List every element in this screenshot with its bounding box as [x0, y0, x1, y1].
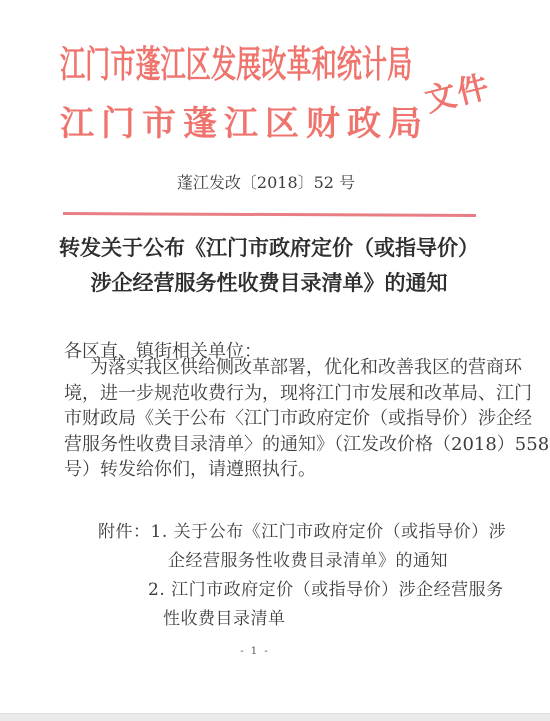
body-paragraph: 为落实我区供给侧改革部署，优化和改善我区的营商环 境，进一步规范收费行为，现将江…: [64, 355, 508, 483]
scan-bottom-edge: [0, 713, 550, 721]
paragraph-line: 境，进一步规范收费行为，现将江门市发展和改革局、江门: [64, 381, 508, 407]
paragraph-line: 为落实我区供给侧改革部署，优化和改善我区的营商环: [64, 355, 508, 381]
page-number: - 1 -: [0, 646, 530, 657]
header-divider-line: [63, 212, 476, 217]
document-title-line2: 涉企经营服务性收费目录清单》的通知: [0, 265, 544, 300]
paragraph-line: 市财政局《关于公布〈江门市政府定价（或指导价）涉企经: [64, 406, 508, 432]
attachment-item-1-line2: 企经营服务性收费目录清单》的通知: [168, 546, 448, 571]
attachment-line: 附件：1. 关于公布《江门市政府定价（或指导价）涉: [98, 517, 506, 542]
document-page: 江门市蓬江区发展改革和统计局 江门市蓬江区财政局 文件 蓬江发改〔2018〕52…: [0, 0, 550, 721]
document-title: 转发关于公布《江门市政府定价（或指导价） 涉企经营服务性收费目录清单》的通知: [0, 230, 544, 300]
doc-number: 蓬江发改〔2018〕52 号: [0, 170, 541, 193]
attachment-item-2-line1: 2. 江门市政府定价（或指导价）涉企经营服务: [148, 575, 504, 600]
paragraph-line: 营服务性收费目录清单〉的通知》（江发改价格（2018）558: [64, 432, 508, 458]
doc-type-label: 文件: [420, 61, 495, 121]
agency-name-line1: 江门市蓬江区发展改革和统计局: [60, 34, 412, 88]
document-title-line1: 转发关于公布《江门市政府定价（或指导价）: [0, 230, 544, 265]
attachment-item-2-line2: 性收费目录清单: [163, 604, 286, 629]
attachment-item-1-line1: 1. 关于公布《江门市政府定价（或指导价）涉: [151, 522, 507, 542]
paragraph-line: 号）转发给你们，请遵照执行。: [64, 457, 508, 483]
attachments-label: 附件：: [98, 522, 151, 542]
agency-name-line2: 江门市蓬江区财政局: [60, 96, 429, 145]
